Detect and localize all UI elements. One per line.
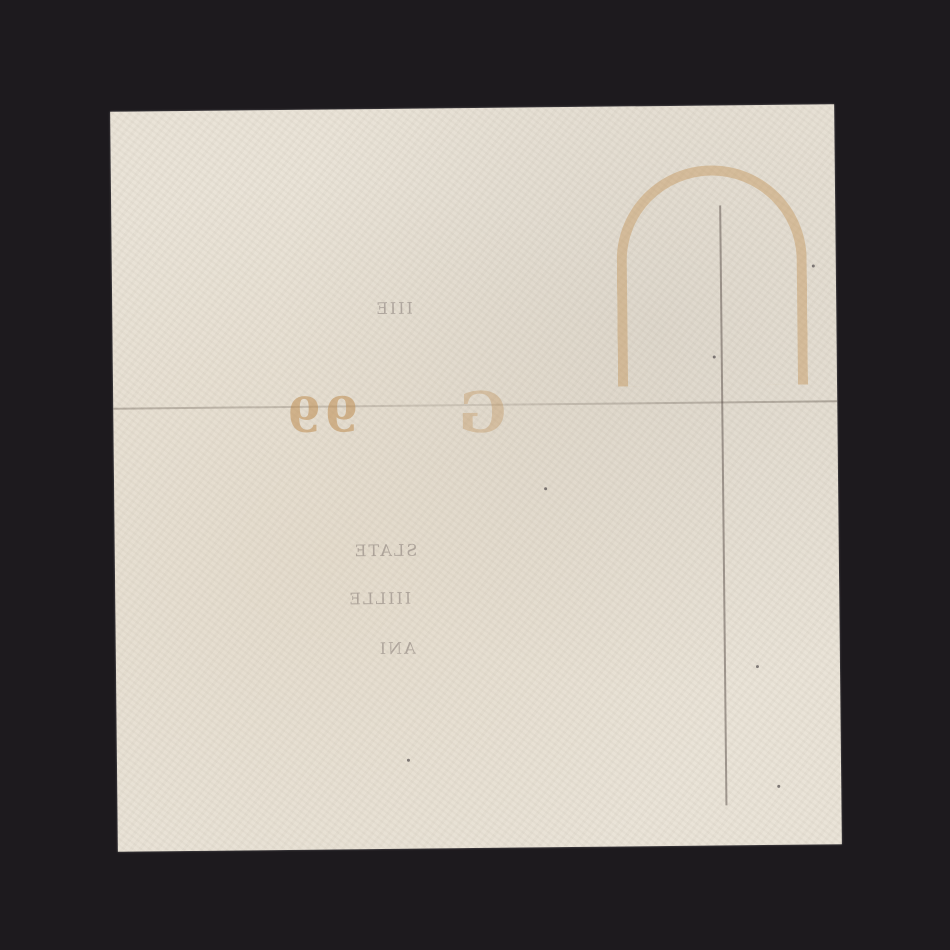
paper-fragment: 99 G IIIE SLATE IIILLE ANI [110, 104, 842, 852]
ghost-text: IIIE [374, 299, 413, 318]
ink-speck [812, 264, 815, 267]
mirrored-numeral: 99 [283, 387, 358, 444]
brown-arch-stain [616, 165, 808, 387]
ink-speck [756, 665, 759, 668]
ghost-text: IIILLE [347, 589, 411, 609]
ink-speck [777, 785, 780, 788]
ghost-text: SLATE [353, 541, 418, 561]
ink-speck [544, 487, 547, 490]
ghost-text: ANI [378, 639, 416, 658]
ink-speck [713, 355, 716, 358]
ink-speck [407, 759, 410, 762]
mirrored-letter: G [458, 380, 507, 446]
